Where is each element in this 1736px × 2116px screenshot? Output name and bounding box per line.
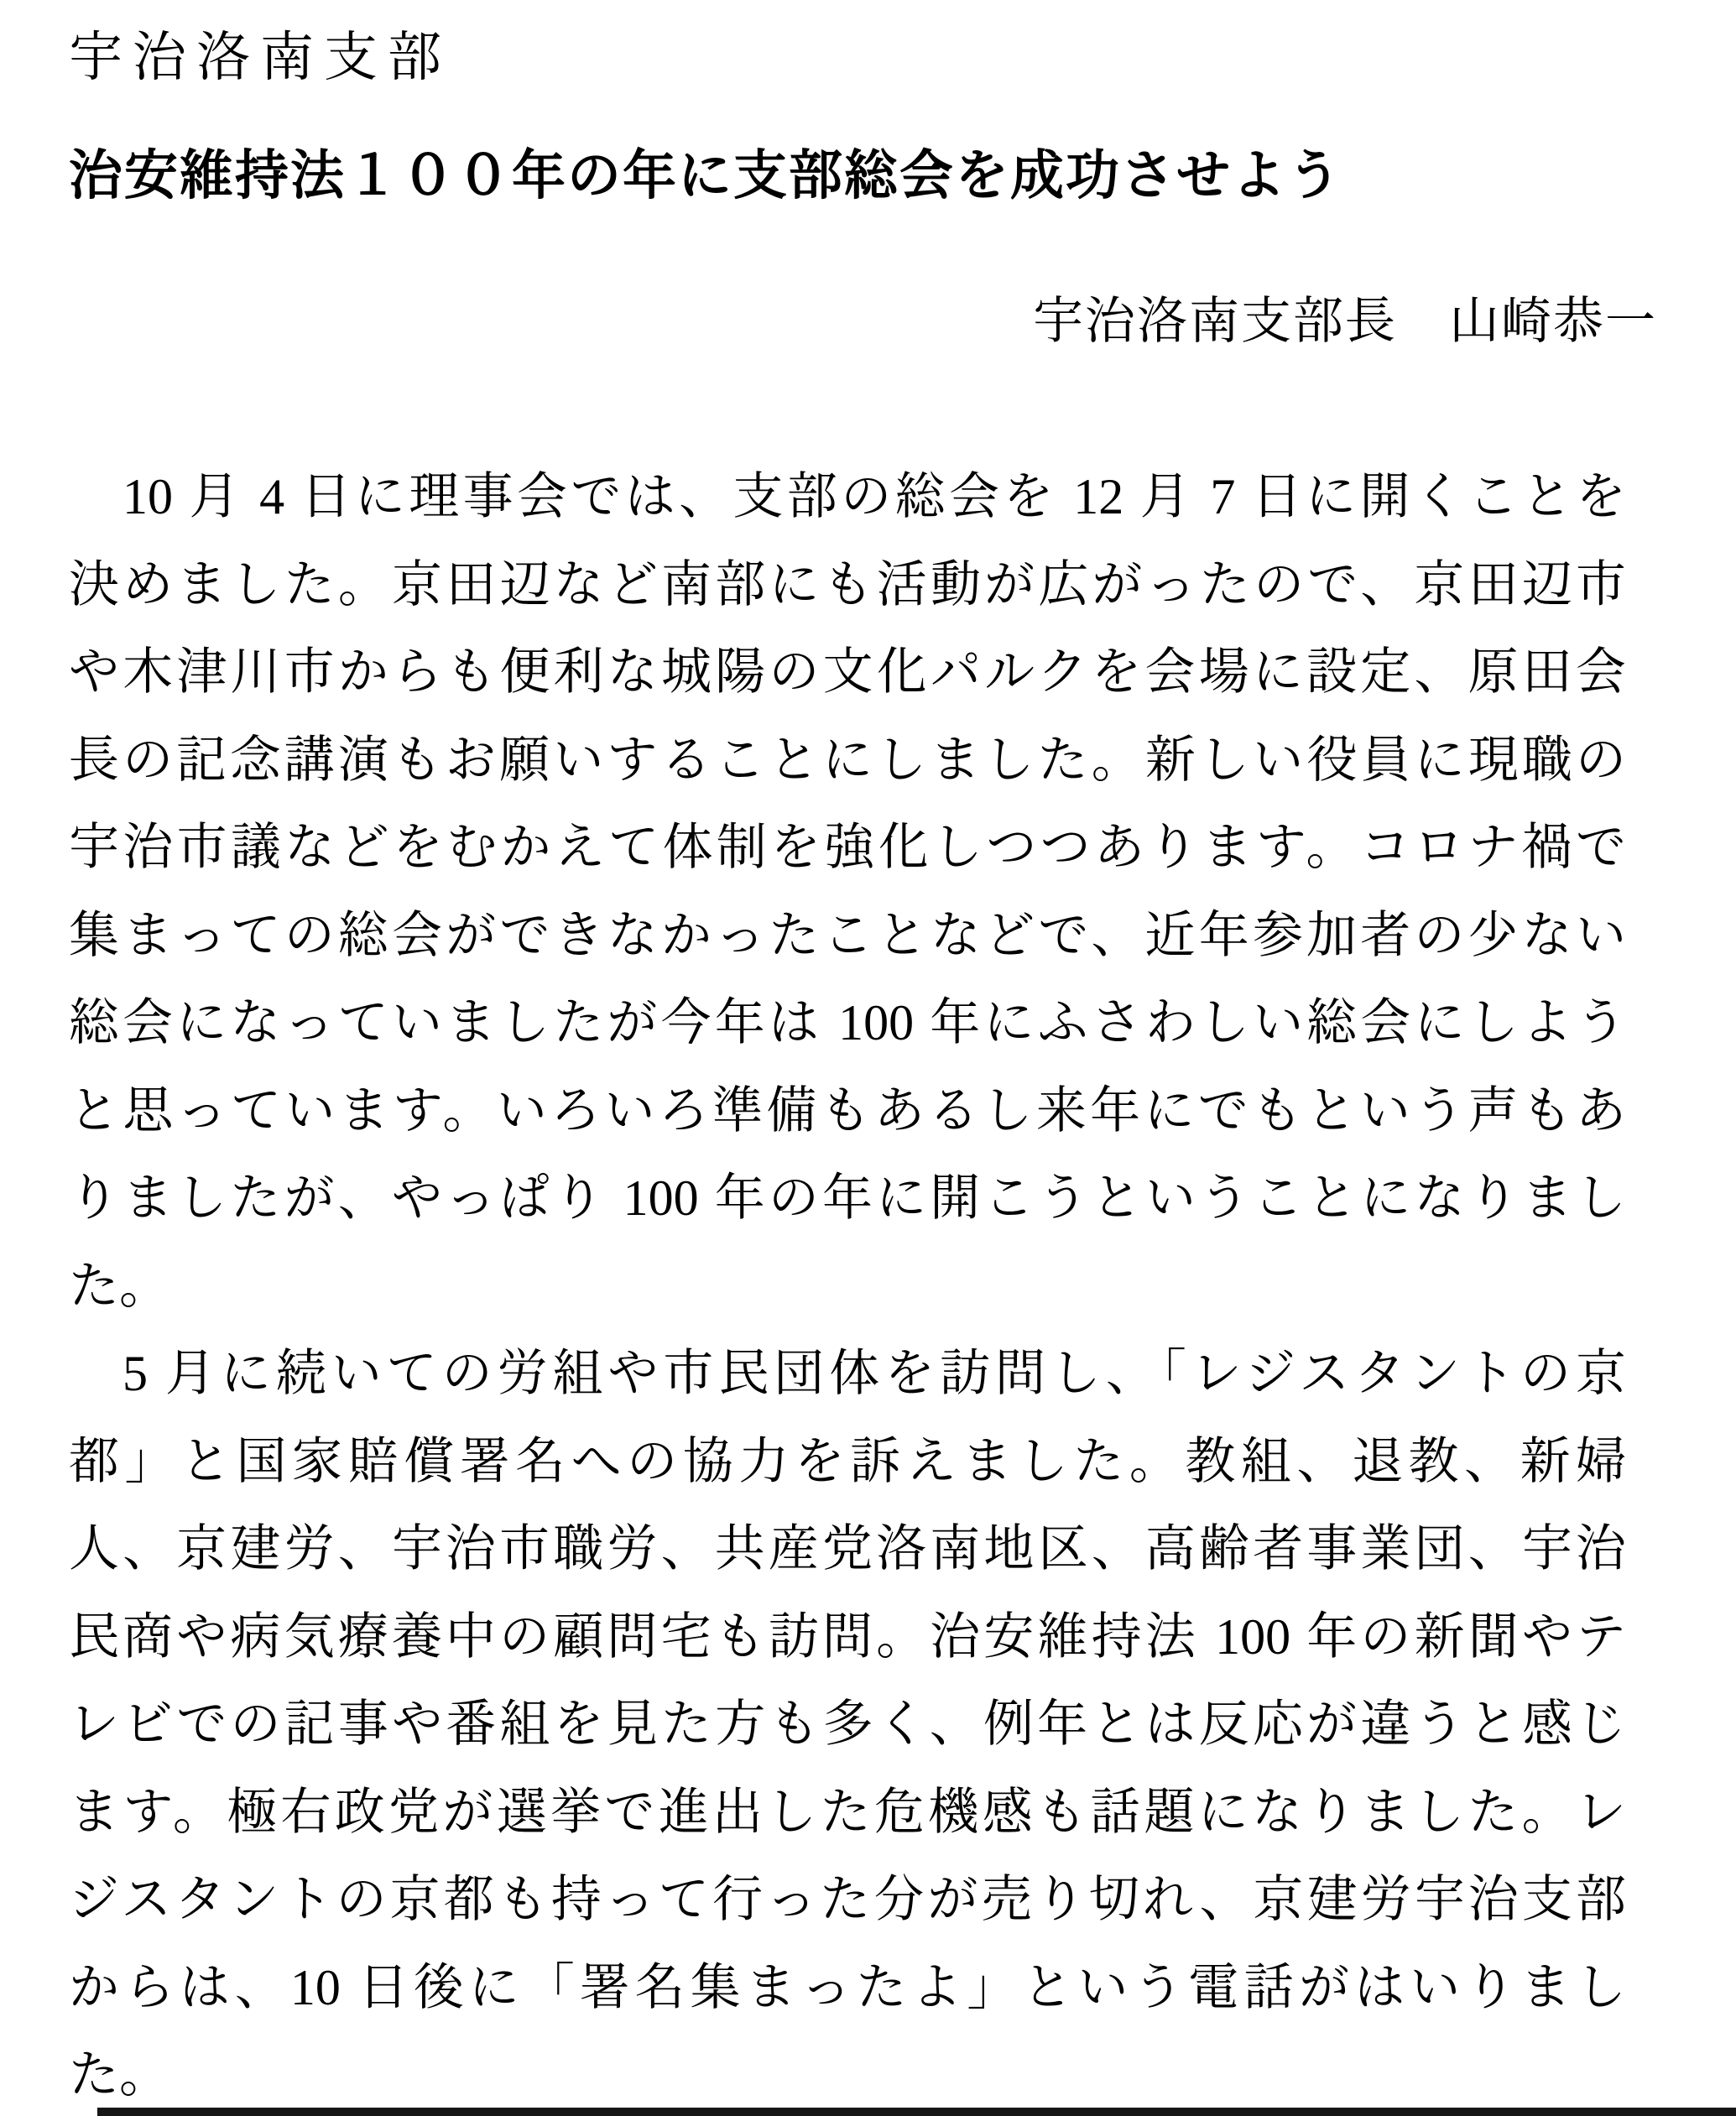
document-title: 治安維持法１００年の年に支部総会を成功させよう bbox=[69, 147, 1342, 206]
body-text-line: 人、京建労、宇治市職労、共産党洛南地区、高齢者事業団、宇治 bbox=[69, 1505, 1626, 1593]
document-byline: 宇治洛南支部長 山崎恭一 bbox=[69, 294, 1657, 349]
body-text-line: 長の記念講演もお願いすることにしました。新しい役員に現職の bbox=[69, 717, 1626, 805]
body-text-line: 宇治市議などをむかえて体制を強化しつつあります。コロナ禍で bbox=[69, 804, 1626, 892]
body-text-line: 民商や病気療養中の顧問宅も訪問。治安維持法 100 年の新聞やテ bbox=[69, 1593, 1626, 1681]
body-text-line: 集まっての総会ができなかったことなどで、近年参加者の少ない bbox=[69, 892, 1626, 980]
body-text-line: 都」と国家賠償署名への協力を訴えました。教組、退教、新婦 bbox=[69, 1418, 1626, 1506]
body-text-line: レビでの記事や番組を見た方も多く、例年とは反応が違うと感じ bbox=[69, 1681, 1626, 1769]
body-text-line: や木津川市からも便利な城陽の文化パルクを会場に設定、原田会 bbox=[69, 628, 1626, 717]
body-text-line: ジスタントの京都も持って行った分が売り切れ、京建労宇治支部 bbox=[69, 1856, 1626, 1944]
body-text-line: ます。極右政党が選挙で進出した危機感も話題になりました。レ bbox=[69, 1769, 1626, 1857]
document-header: 宇治洛南支部 bbox=[69, 29, 451, 87]
body-text-line: 決めました。京田辺など南部にも活動が広がったので、京田辺市 bbox=[69, 541, 1626, 629]
document-page: 宇治洛南支部 治安維持法１００年の年に支部総会を成功させよう 宇治洛南支部長 山… bbox=[0, 0, 1736, 2116]
body-text-line: た。 bbox=[69, 1243, 1626, 1331]
body-text-line: 総会になっていましたが今年は 100 年にふさわしい総会にしよう bbox=[69, 979, 1626, 1067]
body-text-line: た。 bbox=[69, 2031, 1626, 2116]
cutoff-next-line bbox=[97, 2108, 1736, 2116]
body-text-line: りましたが、やっぱり 100 年の年に開こうということになりまし bbox=[69, 1154, 1626, 1243]
body-text-line: 5 月に続いての労組や市民団体を訪問し、「レジスタントの京 bbox=[69, 1330, 1626, 1418]
document-body: 10 月 4 日に理事会では、支部の総会を 12 月 7 日に開くことを決めまし… bbox=[69, 453, 1626, 2116]
body-text-line: 10 月 4 日に理事会では、支部の総会を 12 月 7 日に開くことを bbox=[69, 453, 1626, 541]
body-text-line: と思っています。いろいろ準備もあるし来年にでもという声もあ bbox=[69, 1067, 1626, 1155]
body-text-line: からは、10 日後に「署名集まったよ」という電話がはいりまし bbox=[69, 1944, 1626, 2032]
